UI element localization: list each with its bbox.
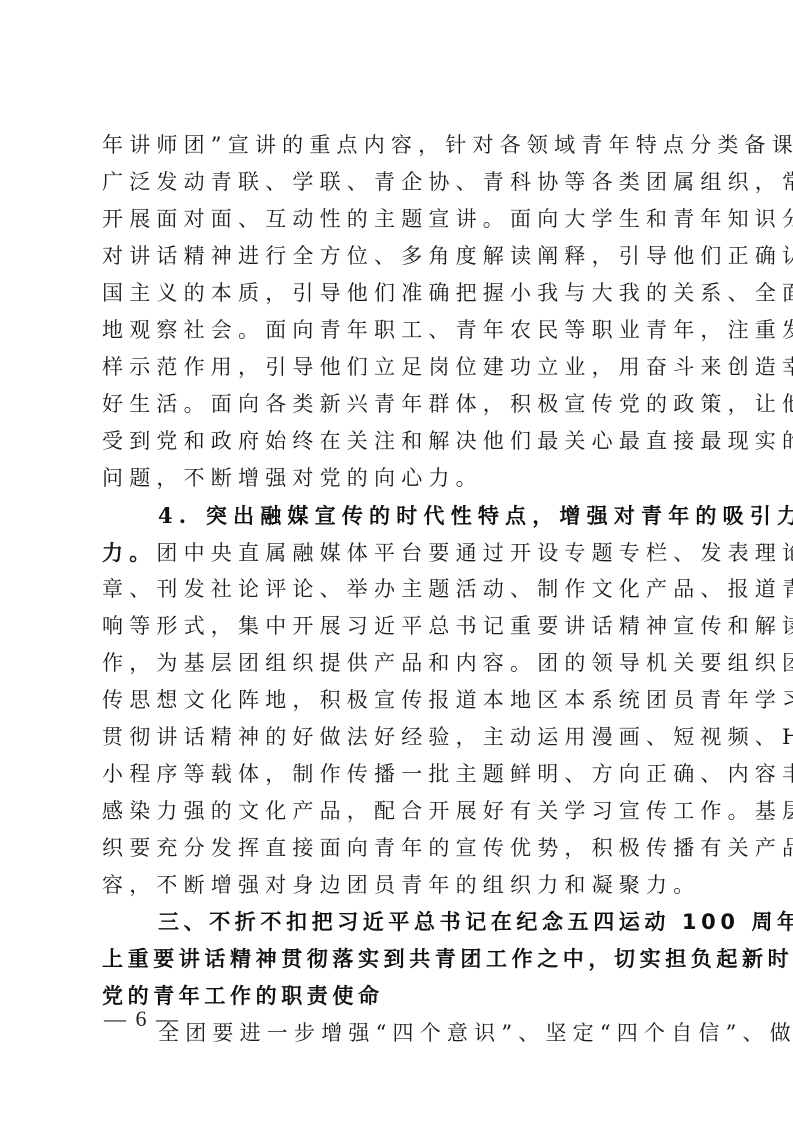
body-line: 小程序等载体，制作传播一批主题鲜明、方向正确、内容丰富、 [102,756,692,793]
section-heading-3: 党的青年工作的职责使命 [102,978,692,1015]
body-text: 团中央直属融媒体平台要通过开设专题专栏、发表理论文 [156,541,793,565]
body-line: 传思想文化阵地，积极宣传报道本地区本系统团员青年学习宣传 [102,682,692,719]
body-line: 对讲话精神进行全方位、多角度解读阐释，引导他们正确认识爱 [102,238,692,275]
body-line: 全团要进一步增强“四个意识”、坚定“四个自信”、做到 [102,1015,692,1052]
page-number: — 6 — [104,1005,180,1033]
body-line: 织要充分发挥直接面向青年的宣传优势，积极传播有关产品和内 [102,830,692,867]
body-line: 章、刊发社论评论、举办主题活动、制作文化产品、报道青年反 [102,571,692,608]
body-line: 响等形式，集中开展习近平总书记重要讲话精神宣传和解读工 [102,608,692,645]
body-line: 样示范作用，引导他们立足岗位建功立业，用奋斗来创造幸福美 [102,349,692,386]
body-line: 受到党和政府始终在关注和解决他们最关心最直接最现实的利益 [102,423,692,460]
subheading-4: 4. 突出融媒宣传的时代性特点，增强对青年的吸引力感染 [102,497,692,534]
body-line-mixed: 力。团中央直属融媒体平台要通过开设专题专栏、发表理论文 [102,534,692,571]
body-line: 开展面对面、互动性的主题宣讲。面向大学生和青年知识分子， [102,201,692,238]
section-heading-3: 三、不折不扣把习近平总书记在纪念五四运动 100 周年大会 [102,904,692,941]
document-page: 年讲师团”宣讲的重点内容，针对各领域青年特点分类备课，并 广泛发动青联、学联、青… [0,0,793,1122]
body-line: 国主义的本质，引导他们准确把握小我与大我的关系、全面客观 [102,275,692,312]
body-line: 感染力强的文化产品，配合开展好有关学习宣传工作。基层团组 [102,793,692,830]
body-line: 问题，不断增强对党的向心力。 [102,460,692,497]
body-line: 广泛发动青联、学联、青企协、青科协等各类团属组织，常态化 [102,164,692,201]
section-heading-3: 上重要讲话精神贯彻落实到共青团工作之中，切实担负起新时代 [102,941,692,978]
body-line: 容，不断增强对身边团员青年的组织力和凝聚力。 [102,867,692,904]
body-line: 年讲师团”宣讲的重点内容，针对各领域青年特点分类备课，并 [102,127,692,164]
subheading-4-continuation: 力。 [102,540,156,565]
body-line: 贯彻讲话精神的好做法好经验，主动运用漫画、短视频、H5、 [102,719,692,756]
body-line: 作，为基层团组织提供产品和内容。团的领导机关要组织团属宣 [102,645,692,682]
body-line: 好生活。面向各类新兴青年群体，积极宣传党的政策，让他们感 [102,386,692,423]
body-line: 地观察社会。面向青年职工、青年农民等职业青年，注重发挥榜 [102,312,692,349]
document-body: 年讲师团”宣讲的重点内容，针对各领域青年特点分类备课，并 广泛发动青联、学联、青… [102,127,692,1052]
